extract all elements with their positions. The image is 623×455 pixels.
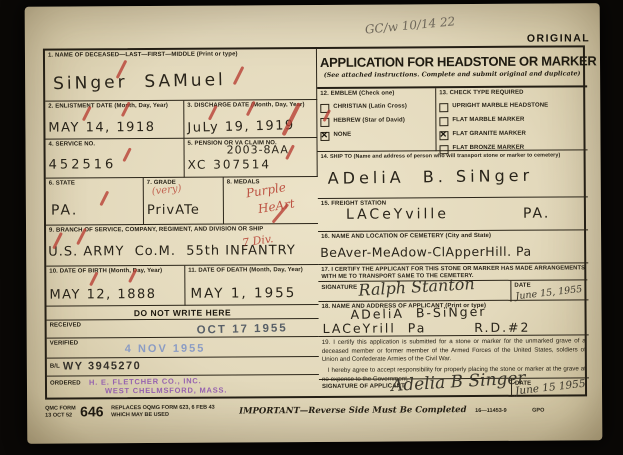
- office-bl-row: B/L WY 3945270: [47, 357, 319, 377]
- office-received-row: RECEIVED OCT 17 1955: [47, 319, 319, 339]
- discharge-value: JuLy 19, 1919: [187, 118, 295, 136]
- field-label: 13. CHECK TYPE REQUIRED: [439, 89, 584, 97]
- field-label: 10. DATE OF BIRTH (Month, Day, Year): [49, 268, 181, 276]
- field-date-of-death: 11. DATE OF DEATH (Month, Day, Year) MAY…: [185, 265, 318, 306]
- freight-state-value: PA.: [523, 206, 550, 222]
- field-applicant-name-address: 18. NAME AND ADDRESS OF APPLICANT (Print…: [318, 300, 588, 337]
- field-service-no: 4. SERVICE NO. 452516: [45, 139, 184, 179]
- field-cemetery: 16. NAME AND LOCATION OF CEMETERY (City …: [318, 230, 588, 265]
- field-label: 4. SERVICE NO.: [48, 141, 180, 149]
- ship-to-value: ADeliA B. SiNger: [328, 166, 534, 188]
- birth-value: MAY 12, 1888: [49, 287, 156, 303]
- form-subtitle: (See attached instructions. Complete and…: [320, 70, 584, 79]
- field-freight-station: 15. FREIGHT STATION LACeYville PA.: [318, 197, 588, 232]
- certification-paragraph-1: 19. I certify this application is submit…: [322, 337, 586, 365]
- field-label: 16. NAME AND LOCATION OF CEMETERY (City …: [321, 232, 585, 241]
- bl-number: WY 3945270: [63, 360, 141, 372]
- field-medals: 8. MEDALS Purple HeArt: [224, 177, 318, 225]
- footer-important-note: IMPORTANT—Reverse Side Must Be Completed: [239, 405, 466, 416]
- field-branch-of-service: 9. BRANCH OF SERVICE, COMPANY, REGIMENT,…: [46, 224, 318, 267]
- pencil-annotation: GC/w 10/14 22: [364, 14, 455, 36]
- ordered-label: ORDERED: [50, 380, 81, 388]
- service-no-value: 452516: [49, 157, 117, 172]
- footer-gpo-label: GPO: [532, 408, 544, 415]
- footer-form-name: QMC FORM 13 OCT 52: [45, 405, 76, 418]
- field-ship-to: 14. SHIP TO (Name and address of person …: [318, 150, 588, 199]
- emblem-option-hebrew: HEBREW (Star of David): [320, 117, 432, 127]
- checkbox-icon: [320, 131, 329, 140]
- form-title-block: APPLICATION FOR HEADSTONE OR MARKER (See…: [317, 47, 587, 89]
- option-label: FLAT MARBLE MARKER: [452, 117, 524, 125]
- office-verified-row: VERIFIED 4 NOV 1955: [47, 337, 319, 359]
- field-enlistment-date: 2. ENLISTMENT DATE (Month, Day, Year) MA…: [45, 101, 184, 140]
- option-label: HEBREW (Star of David): [333, 118, 405, 126]
- grade-value: PrivATe: [147, 203, 200, 218]
- checkbox-icon: [439, 117, 448, 126]
- signature-row: SIGNATURE Ralph Stanton DATE June 15, 19…: [318, 279, 587, 303]
- field-pension-claim-no: 5. PENSION OR VA CLAIM NO. 2003-8AA XC 3…: [184, 138, 317, 178]
- form-border: 1. NAME OF DECEASED—LAST—FIRST—MIDDLE (P…: [43, 45, 587, 399]
- grade-red-annotation: (very): [151, 183, 182, 197]
- freight-value: LACeYville: [346, 206, 449, 223]
- pension-value-top: 2003-8AA: [227, 143, 289, 156]
- field-label: 11. DATE OF DEATH (Month, Day, Year): [188, 267, 315, 275]
- field-date-of-birth: 10. DATE OF BIRTH (Month, Day, Year) MAY…: [46, 266, 185, 307]
- received-date-stamp: OCT 17 1955: [197, 322, 288, 336]
- signature-label: SIGNATURE: [321, 285, 357, 293]
- footer-print-code: 16—11453-9: [475, 408, 507, 415]
- option-label: CHRISTIAN (Latin Cross): [333, 104, 407, 112]
- type-option-flat-marble: FLAT MARBLE MARKER: [439, 116, 584, 126]
- checkbox-icon: [439, 131, 448, 140]
- option-label: FLAT GRANITE MARKER: [452, 131, 525, 139]
- cemetery-value: BeAver-MeAdow-ClApperHill. Pa: [320, 244, 532, 260]
- field-transport-certification: 17. I CERTIFY THE APPLICANT FOR THIS STO…: [318, 263, 588, 302]
- bl-label: B/L: [50, 364, 60, 372]
- checkbox-icon: [439, 103, 448, 112]
- field-label: 2. ENLISTMENT DATE (Month, Day, Year): [48, 103, 180, 111]
- applicant-signature-row: SIGNATURE OF APPLICANT Adelia B Singer D…: [319, 378, 589, 398]
- field-grade: 7. GRADE (very) PrivATe: [144, 178, 224, 225]
- original-label: ORIGINAL: [527, 32, 590, 44]
- field-label: 1. NAME OF DECEASED—LAST—FIRST—MIDDLE (P…: [48, 51, 313, 60]
- field-label: 12. EMBLEM (Check one): [320, 90, 432, 98]
- option-label: NONE: [333, 132, 351, 140]
- applicant-address-value: LACeYrill Pa R.D.#2: [323, 320, 531, 336]
- state-value: PA.: [51, 202, 78, 218]
- office-ordered-row: ORDERED H. E. FLETCHER CO., INC. WEST CH…: [47, 375, 319, 400]
- field-label: 9. BRANCH OF SERVICE, COMPANY, REGIMENT,…: [49, 226, 315, 235]
- date-cell: DATE June 15, 1955: [510, 280, 588, 301]
- footer-form-number: 646: [80, 403, 103, 419]
- option-label: UPRIGHT MARBLE HEADSTONE: [452, 103, 548, 111]
- type-option-flat-granite: FLAT GRANITE MARKER: [439, 130, 584, 140]
- deceased-name-value: SiNger SAMuel: [53, 70, 226, 94]
- ordered-company-stamp-line2: WEST CHELMSFORD, MASS.: [105, 386, 227, 396]
- form-title: APPLICATION FOR HEADSTONE OR MARKER: [320, 53, 584, 70]
- do-not-write-here-title: DO NOT WRITE HERE: [50, 307, 316, 319]
- type-option-upright-marble: UPRIGHT MARBLE HEADSTONE: [439, 102, 584, 112]
- emblem-option-none: NONE: [320, 131, 432, 141]
- death-value: MAY 1, 1955: [190, 285, 296, 302]
- pension-value: XC 307514: [188, 157, 271, 172]
- form-paper: GC/w 10/14 22 ORIGINAL 1. NAME OF DECEAS…: [25, 3, 603, 444]
- field-emblem: 12. EMBLEM (Check one) CHRISTIAN (Latin …: [317, 88, 436, 152]
- verified-date-stamp: 4 NOV 1955: [125, 343, 206, 355]
- field-label: 14. SHIP TO (Name and address of person …: [321, 152, 585, 160]
- footer-replaces-note: REPLACES OQMG FORM 623, 6 FEB 43 WHICH M…: [111, 405, 215, 419]
- field-label: 6. STATE: [49, 180, 140, 188]
- scan-background: GC/w 10/14 22 ORIGINAL 1. NAME OF DECEAS…: [0, 0, 623, 455]
- field-state: 6. STATE PA.: [46, 178, 144, 226]
- field-check-type-required: 13. CHECK TYPE REQUIRED UPRIGHT MARBLE H…: [436, 87, 587, 151]
- date-cell: DATE June 15 1955: [511, 378, 589, 396]
- emblem-option-christian: CHRISTIAN (Latin Cross): [320, 103, 432, 113]
- field-name-of-deceased: 1. NAME OF DECEASED—LAST—FIRST—MIDDLE (P…: [45, 49, 317, 102]
- enlistment-value: MAY 14, 1918: [48, 120, 155, 136]
- medals-red-value-line2: HeArt: [257, 196, 296, 216]
